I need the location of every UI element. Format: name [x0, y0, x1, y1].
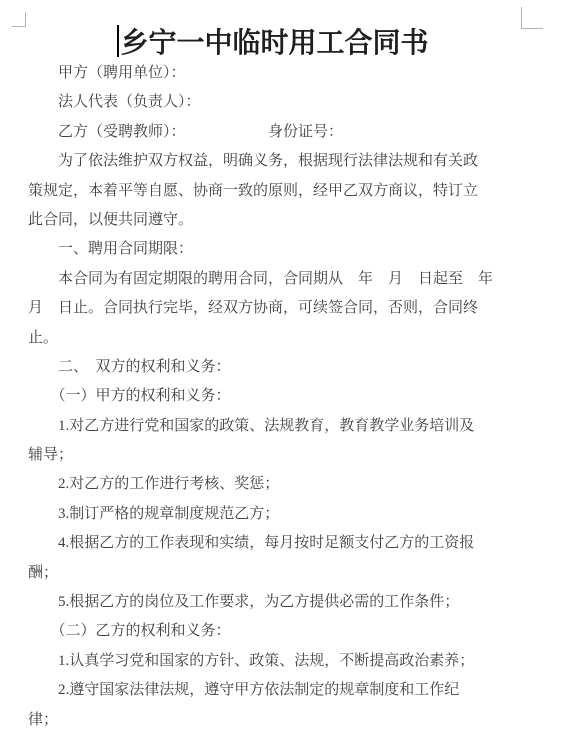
contract-line[interactable]: 法人代表（负责人）：: [28, 88, 528, 117]
contract-line[interactable]: 乙方（受聘教师）： 身份证号：: [28, 118, 528, 147]
contract-line[interactable]: 5.根据乙方的岗位及工作要求，为乙方提供必需的工作条件；: [28, 588, 528, 617]
contract-line[interactable]: 1.对乙方进行党和国家的政策、法规教育，教育教学业务培训及: [28, 412, 528, 441]
contract-line[interactable]: （二）乙方的权利和义务：: [28, 617, 528, 646]
contract-line[interactable]: 3.制订严格的规章制度规范乙方；: [28, 500, 528, 529]
contract-line[interactable]: 二、 双方的权利和义务：: [28, 353, 528, 382]
contract-line[interactable]: 策规定，本着平等自愿、协商一致的原则，经甲乙双方商议，特订立: [28, 177, 528, 206]
document-page[interactable]: 乡宁一中临时用工合同书 甲方（聘用单位）： 法人代表（负责人）： 乙方（受聘教师…: [0, 0, 573, 735]
contract-line[interactable]: 本合同为有固定期限的聘用合同，合同期从 年 月 日起至 年: [28, 265, 528, 294]
contract-line[interactable]: 此合同，以便共同遵守。: [28, 206, 528, 235]
contract-line[interactable]: 2.对乙方的工作进行考核、奖惩；: [28, 470, 528, 499]
margin-crop-mark-top-left: [12, 12, 26, 27]
document-title: 乡宁一中临时用工合同书: [120, 28, 428, 59]
contract-line[interactable]: 1.认真学习党和国家的方针、政策、法规，不断提高政治素养；: [28, 647, 528, 676]
contract-line[interactable]: 辅导；: [28, 441, 528, 470]
contract-line[interactable]: 4.根据乙方的工作表现和实绩，每月按时足额支付乙方的工资报: [28, 529, 528, 558]
contract-line[interactable]: 甲方（聘用单位）：: [28, 59, 528, 88]
margin-crop-mark-top-right: [521, 7, 543, 29]
document-body[interactable]: 甲方（聘用单位）： 法人代表（负责人）： 乙方（受聘教师）： 身份证号： 为了依…: [28, 59, 528, 735]
contract-line[interactable]: 一、聘用合同期限：: [28, 235, 528, 264]
contract-line[interactable]: 月 日止。合同执行完毕，经双方协商，可续签合同，否则，合同终: [28, 294, 528, 323]
document-title-row[interactable]: 乡宁一中临时用工合同书: [25, 25, 521, 61]
contract-line[interactable]: 律；: [28, 706, 528, 735]
contract-line[interactable]: （一）甲方的权利和义务：: [28, 382, 528, 411]
contract-line[interactable]: 酬；: [28, 559, 528, 588]
contract-line[interactable]: 止。: [28, 324, 528, 353]
contract-line[interactable]: 为了依法维护双方权益，明确义务，根据现行法律法规和有关政: [28, 147, 528, 176]
contract-line[interactable]: 2.遵守国家法律法规，遵守甲方依法制定的规章制度和工作纪: [28, 676, 528, 705]
